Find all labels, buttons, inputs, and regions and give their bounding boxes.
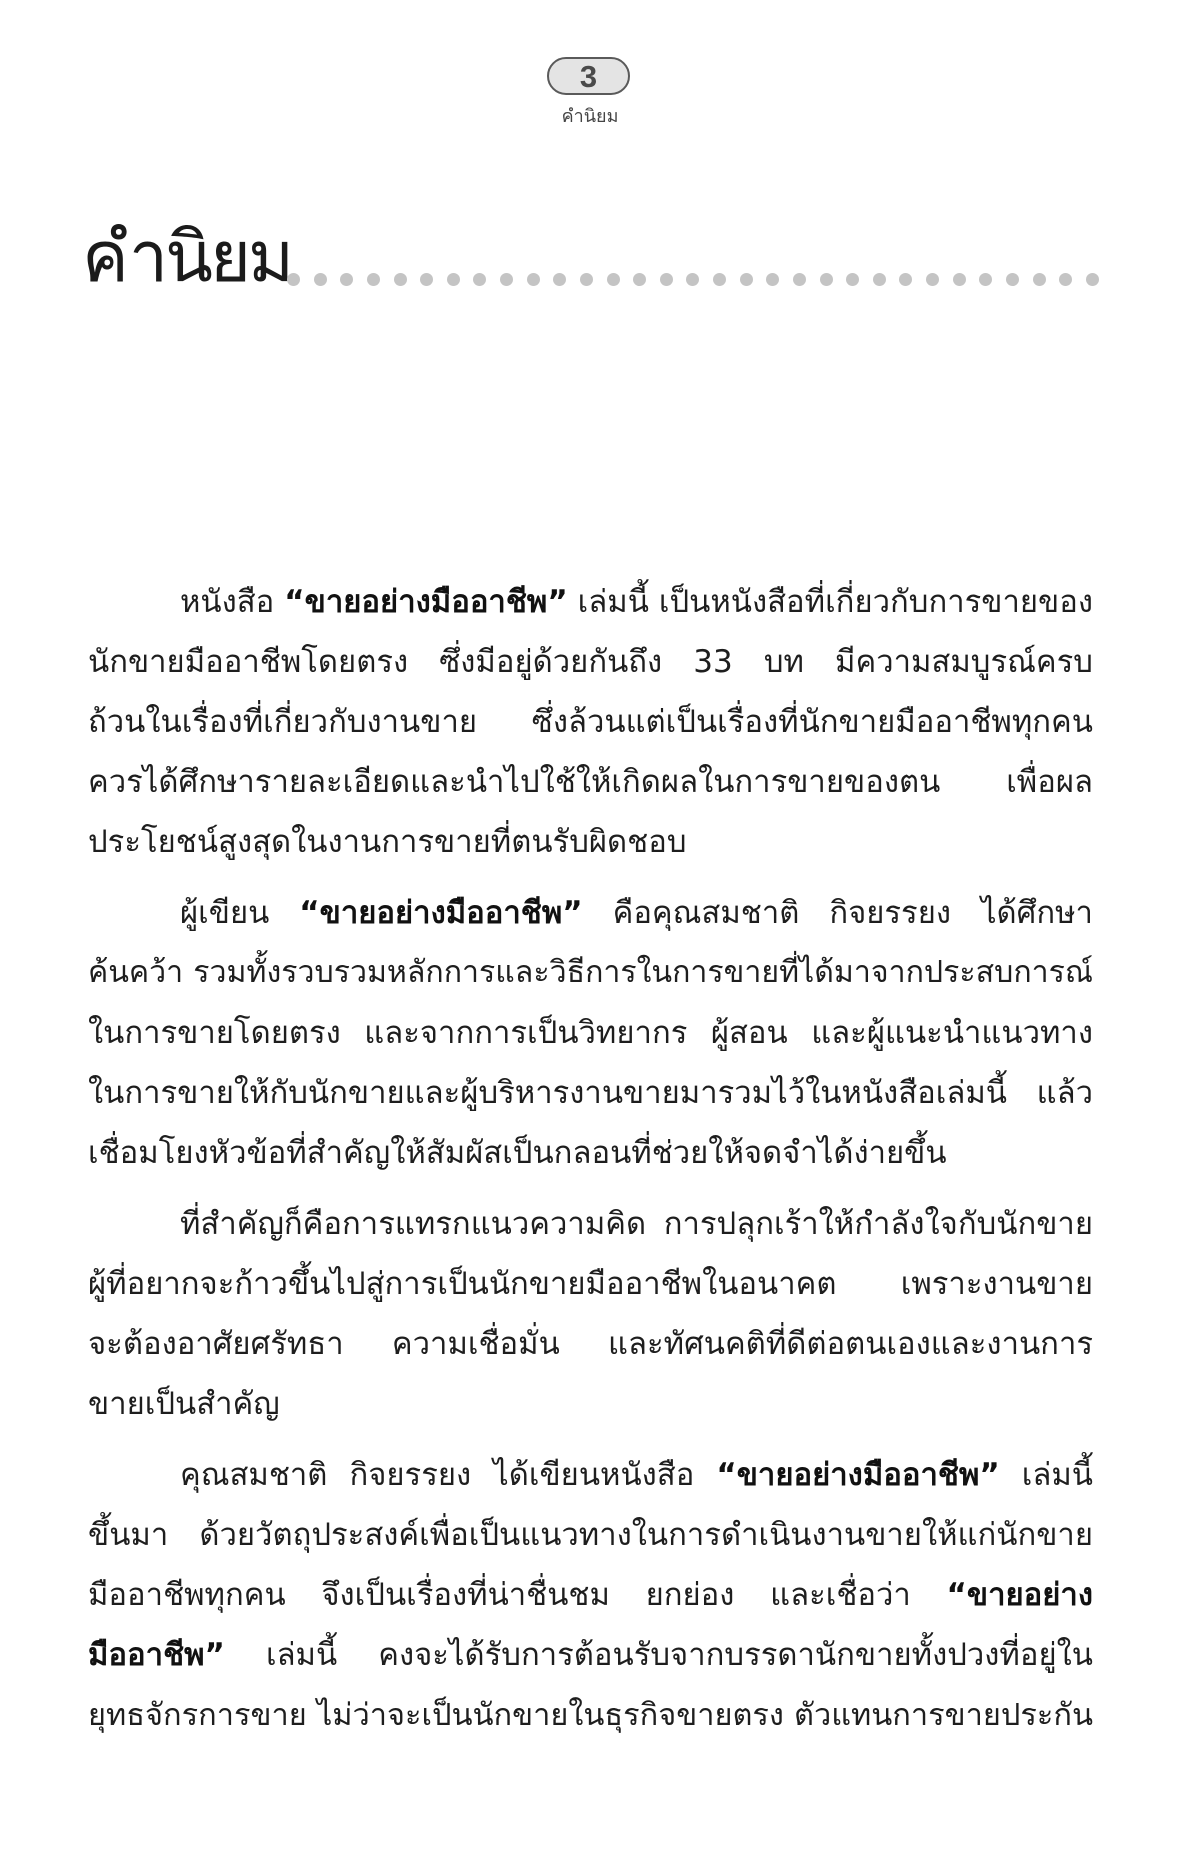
text-segment: เพื่อผล <box>1006 752 1093 812</box>
leader-dot <box>553 273 566 286</box>
book-title-bold: “ขายอย่าง <box>947 1565 1093 1625</box>
text-segment: และจากการเป็นวิทยากร <box>364 1003 687 1063</box>
book-title-bold: “ขายอย่างมืออาชีพ” <box>716 1445 999 1505</box>
leader-dot <box>713 273 726 286</box>
leader-dot <box>660 273 673 286</box>
text-segment: เป็นหนังสือที่เกี่ยวกับการขายของ <box>659 572 1093 632</box>
text-line: ที่สำคัญก็คือการแทรกแนวความคิด การปลุกเร… <box>88 1194 1093 1254</box>
text-segment: ด้วยวัตถุประสงค์เพื่อเป็นแนวทางในการดำเน… <box>199 1505 1093 1565</box>
leader-dot <box>1059 273 1072 286</box>
text-line: มืออาชีพทุกคน จึงเป็นเรื่องที่น่าชื่นชม … <box>88 1565 1093 1625</box>
leader-dot <box>846 273 859 286</box>
text-segment: เชื่อมโยงหัวข้อที่สำคัญให้สัมผัสเป็นกลอน… <box>88 1123 947 1183</box>
foreword-body: หนังสือ “ขายอย่างมืออาชีพ” เล่มนี้ เป็นห… <box>88 572 1093 1745</box>
text-segment: ยุทธจักรการขาย <box>88 1685 307 1745</box>
leader-dot <box>1033 273 1046 286</box>
author-surname: กิจยรรยง <box>349 1445 471 1505</box>
text-segment: ซึ่งมีอยู่ด้วยกันถึง <box>439 632 662 692</box>
leader-dot <box>953 273 966 286</box>
text-segment: ในการขายโดยตรง <box>88 1003 341 1063</box>
author-surname: กิจยรรยง <box>829 883 951 943</box>
leader-dot <box>607 273 620 286</box>
text-line: ค้นคว้า รวมทั้งรวบรวมหลักการและวิธีการใน… <box>88 943 1093 1003</box>
text-segment: ซึ่งล้วนแต่เป็นเรื่องที่นักขายมืออาชีพทุ… <box>532 692 1093 752</box>
text-segment: ได้เขียนหนังสือ <box>493 1445 694 1505</box>
text-segment: ในการขายให้กับนักขายและผู้บริหารงานขายมา… <box>88 1063 1007 1123</box>
book-page: 3 คำนิยม คำนิยม หนังสือ “ขายอย่างมืออาชี… <box>0 0 1186 1867</box>
text-segment: ผู้เขียน <box>180 883 269 943</box>
text-line: หนังสือ “ขายอย่างมืออาชีพ” เล่มนี้ เป็นห… <box>88 572 1093 632</box>
running-header-title: คำนิยม <box>540 104 640 130</box>
text-segment: จึงเป็นเรื่องที่น่าชื่นชม <box>321 1565 610 1625</box>
text-segment: ถ้วนในเรื่องที่เกี่ยวกับงานขาย <box>88 692 477 752</box>
text-segment: เพราะงานขาย <box>901 1254 1093 1314</box>
text-line: จะต้องอาศัยศรัทธา ความเชื่อมั่น และทัศนค… <box>88 1314 1093 1374</box>
text-segment: บท <box>764 632 804 692</box>
text-line: ในการขายให้กับนักขายและผู้บริหารงานขายมา… <box>88 1063 1093 1123</box>
paragraph: หนังสือ “ขายอย่างมืออาชีพ” เล่มนี้ เป็นห… <box>88 572 1093 872</box>
leader-dot <box>926 273 939 286</box>
text-segment: ผู้สอน <box>711 1003 788 1063</box>
text-line: นักขายมืออาชีพโดยตรง ซึ่งมีอยู่ด้วยกันถึ… <box>88 632 1093 692</box>
leader-dot <box>979 273 992 286</box>
text-segment: และผู้แนะนำแนวทาง <box>811 1003 1093 1063</box>
text-line: ในการขายโดยตรง และจากการเป็นวิทยากร ผู้ส… <box>88 1003 1093 1063</box>
text-segment: มืออาชีพทุกคน <box>88 1565 286 1625</box>
text-line: คุณสมชาติ กิจยรรยง ได้เขียนหนังสือ “ขายอ… <box>88 1445 1093 1505</box>
leader-dot <box>1006 273 1019 286</box>
leader-dot <box>473 273 486 286</box>
leader-dot <box>447 273 460 286</box>
paragraph: ที่สำคัญก็คือการแทรกแนวความคิด การปลุกเร… <box>88 1194 1093 1434</box>
leader-dot <box>367 273 380 286</box>
leader-dot <box>793 273 806 286</box>
text-segment: ควรได้ศึกษารายละเอียดและนำไปใช้ให้เกิดผล… <box>88 752 940 812</box>
leader-dot <box>287 273 300 286</box>
chapter-title: คำนิยม <box>82 212 291 302</box>
leader-dot <box>500 273 513 286</box>
leader-dot <box>314 273 327 286</box>
text-segment: หนังสือ <box>180 572 274 632</box>
chapter-heading: คำนิยม <box>82 212 291 302</box>
author-name: คือคุณสมชาติ <box>613 883 800 943</box>
author-name: คุณสมชาติ <box>180 1445 327 1505</box>
text-segment: ประโยชน์สูงสุดในงานการขายที่ตนรับผิดชอบ <box>88 812 687 872</box>
text-segment: นักขายมืออาชีพโดยตรง <box>88 632 408 692</box>
text-segment: ได้ศึกษา <box>981 883 1093 943</box>
leader-dot <box>820 273 833 286</box>
text-segment: ยกย่อง <box>646 1565 735 1625</box>
leader-dot <box>873 273 886 286</box>
leader-dot <box>420 273 433 286</box>
text-line: มืออาชีพ” เล่มนี้ คงจะได้รับการต้อนรับจา… <box>88 1625 1093 1685</box>
text-segment: เล่มนี้ <box>266 1625 337 1685</box>
leader-dot <box>766 273 779 286</box>
text-segment: แล้ว <box>1037 1063 1093 1123</box>
book-title-bold: มืออาชีพ” <box>88 1625 225 1685</box>
text-segment: จะต้องอาศัยศรัทธา <box>88 1314 344 1374</box>
text-segment: และทัศนคติที่ดีต่อตนเองและงานการ <box>608 1314 1093 1374</box>
text-segment: ที่สำคัญก็คือการแทรกแนวความคิด <box>180 1194 646 1254</box>
leader-dot <box>527 273 540 286</box>
text-segment: ขายเป็นสำคัญ <box>88 1374 280 1434</box>
text-segment: การปลุกเร้าให้กำลังใจกับนักขาย <box>664 1194 1093 1254</box>
dotted-leader-line <box>287 272 1099 286</box>
leader-dot <box>340 273 353 286</box>
text-line: ควรได้ศึกษารายละเอียดและนำไปใช้ให้เกิดผล… <box>88 752 1093 812</box>
leader-dot <box>633 273 646 286</box>
text-segment: รวมทั้งรวบรวมหลักการและวิธีการในการขายที… <box>193 943 1093 1003</box>
text-segment: ค้นคว้า <box>88 943 183 1003</box>
text-segment: ขึ้นมา <box>88 1505 168 1565</box>
book-title-bold: “ขายอย่างมืออาชีพ” <box>299 883 582 943</box>
text-line: ขึ้นมา ด้วยวัตถุประสงค์เพื่อเป็นแนวทางใน… <box>88 1505 1093 1565</box>
text-segment: เล่มนี้ <box>578 572 649 632</box>
text-segment: ผู้ที่อยากจะก้าวขึ้นไปสู่การเป็นนักขายมื… <box>88 1254 837 1314</box>
text-line: ผู้ที่อยากจะก้าวขึ้นไปสู่การเป็นนักขายมื… <box>88 1254 1093 1314</box>
leader-dot <box>899 273 912 286</box>
leader-dot <box>394 273 407 286</box>
page-number: 3 <box>580 61 597 92</box>
book-title-bold: “ขายอย่างมืออาชีพ” <box>284 572 567 632</box>
paragraph: ผู้เขียน “ขายอย่างมืออาชีพ” คือคุณสมชาติ… <box>88 883 1093 1183</box>
text-segment: ความเชื่อมั่น <box>392 1314 560 1374</box>
text-line: ขายเป็นสำคัญ <box>88 1374 1093 1434</box>
text-segment: ตัวแทนการขายประกัน <box>794 1685 1093 1745</box>
text-segment: และเชื่อว่า <box>770 1565 911 1625</box>
leader-dot <box>686 273 699 286</box>
leader-dot <box>740 273 753 286</box>
leader-dot <box>1086 273 1099 286</box>
text-line: ถ้วนในเรื่องที่เกี่ยวกับงานขาย ซึ่งล้วนแ… <box>88 692 1093 752</box>
text-line: เชื่อมโยงหัวข้อที่สำคัญให้สัมผัสเป็นกลอน… <box>88 1123 1093 1183</box>
text-line: ผู้เขียน “ขายอย่างมืออาชีพ” คือคุณสมชาติ… <box>88 883 1093 943</box>
text-segment: ไม่ว่าจะเป็นนักขายในธุรกิจขายตรง <box>317 1685 784 1745</box>
text-segment: มีความสมบูรณ์ครบ <box>835 632 1093 692</box>
page-number-badge: 3 <box>547 57 630 95</box>
text-line: ประโยชน์สูงสุดในงานการขายที่ตนรับผิดชอบ <box>88 812 1093 872</box>
text-segment: คงจะได้รับการต้อนรับจากบรรดานักขายทั้งปว… <box>378 1625 1093 1685</box>
leader-dot <box>580 273 593 286</box>
paragraph: คุณสมชาติ กิจยรรยง ได้เขียนหนังสือ “ขายอ… <box>88 1445 1093 1745</box>
text-segment: เล่มนี้ <box>1022 1445 1093 1505</box>
text-line: ยุทธจักรการขาย ไม่ว่าจะเป็นนักขายในธุรกิ… <box>88 1685 1093 1745</box>
chapter-count: 33 <box>693 632 732 692</box>
